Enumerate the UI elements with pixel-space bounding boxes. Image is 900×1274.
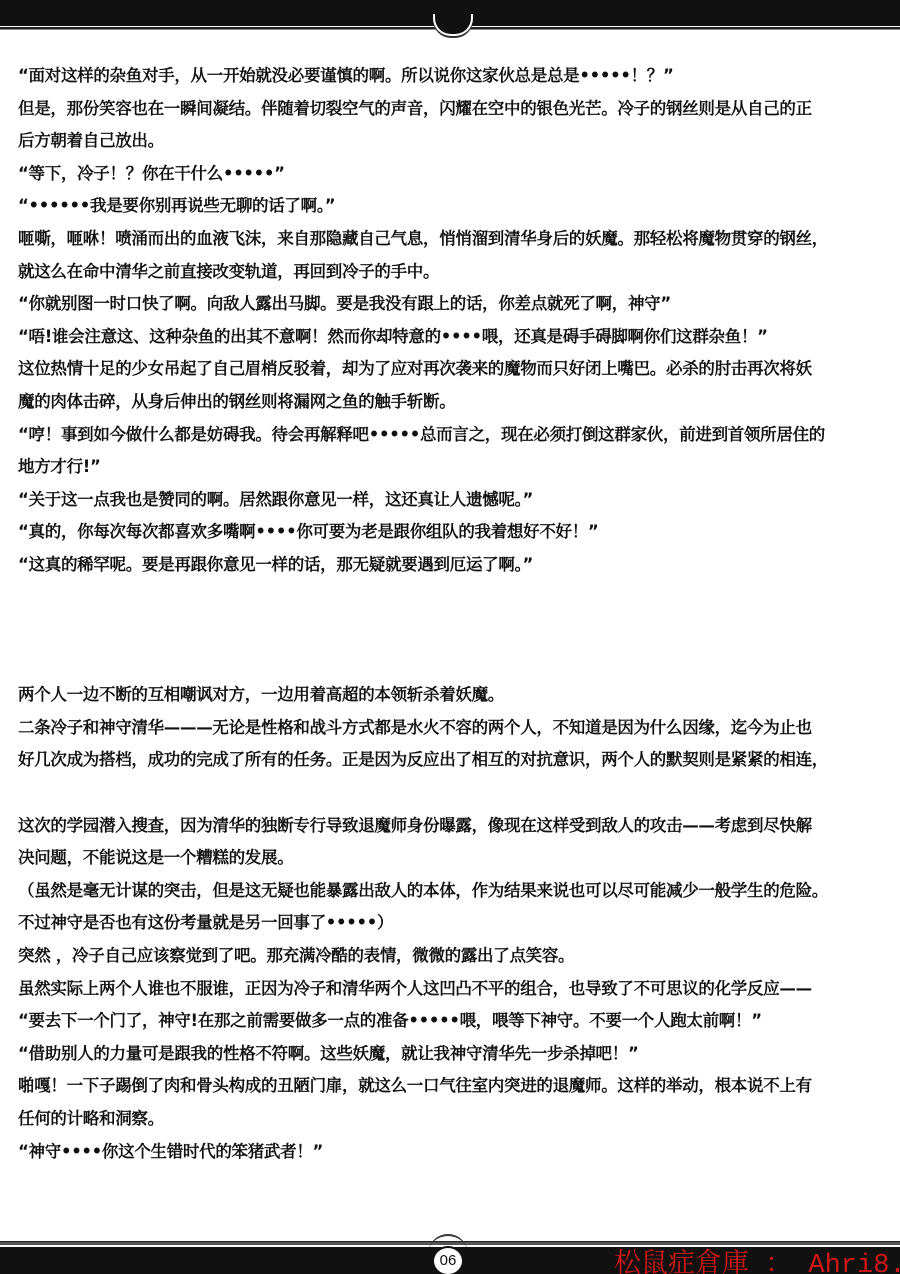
text-line: 魔的肉体击碎，从身后伸出的钢丝则将漏网之鱼的触手斩断。 <box>18 386 890 419</box>
section-gap <box>18 582 890 615</box>
text-line: 两个人一边不断的互相嘲讽对方，一边用着高超的本领斩杀着妖魔。 <box>18 679 890 712</box>
header-notch-ornament <box>433 14 473 36</box>
text-line: 啪嘎！一下子踢倒了肉和骨头构成的丑陋门扉，就这么一口气往室内突进的退魔师。这样的… <box>18 1070 890 1103</box>
text-line: 但是，那份笑容也在一瞬间凝结。伴随着切裂空气的声音，闪耀在空中的银色光芒。冷子的… <box>18 93 890 126</box>
text-line: 虽然实际上两个人谁也不服谁，正因为冷子和清华两个人这凹凸不平的组合，也导致了不可… <box>18 973 890 1006</box>
text-line: “真的，你每次每次都喜欢多嘴啊••••你可要为老是跟你组队的我着想好不好！” <box>18 516 890 549</box>
page-number: 06 <box>432 1246 464 1274</box>
text-line: 不过神守是否也有这份考量就是另一回事了•••••） <box>18 907 890 940</box>
text-line: 咂嘶，咂咻！喷涌而出的血液飞沫，来自那隐藏自己气息，悄悄溜到清华身后的妖魔。那轻… <box>18 223 890 256</box>
text-line: “借助别人的力量可是跟我的性格不符啊。这些妖魔，就让我神守清华先一步杀掉吧！” <box>18 1038 890 1071</box>
section-gap <box>18 777 890 810</box>
text-line: “面对这样的杂鱼对手，从一开始就没必要谨慎的啊。所以说你这家伙总是总是•••••… <box>18 60 890 93</box>
text-line: 二条冷子和神守清华———无论是性格和战斗方式都是水火不容的两个人，不知道是因为什… <box>18 712 890 745</box>
text-line: 任何的计略和洞察。 <box>18 1103 890 1136</box>
watermark-text: 松鼠症倉庫 ： Ahri8.com <box>614 1241 900 1274</box>
text-line: “这真的稀罕呢。要是再跟你意见一样的话，那无疑就要遇到厄运了啊。” <box>18 549 890 582</box>
text-line: 好几次成为搭档，成功的完成了所有的任务。正是因为反应出了相互的对抗意识，两个人的… <box>18 744 890 777</box>
text-line: “哼！事到如今做什么都是妨碍我。待会再解释吧•••••总而言之，现在必须打倒这群… <box>18 419 890 452</box>
text-line: 后方朝着自己放出。 <box>18 125 890 158</box>
text-line: “••••••我是要你别再说些无聊的话了啊。” <box>18 190 890 223</box>
text-line: （虽然是毫无计谋的突击，但是这无疑也能暴露出敌人的本体，作为结果来说也可以尽可能… <box>18 875 890 908</box>
text-line: “要去下一个门了，神守!在那之前需要做多一点的准备•••••喂，喂等下神守。不要… <box>18 1005 890 1038</box>
text-line: 这位热情十足的少女吊起了自己眉梢反驳着，却为了应对再次袭来的魔物而只好闭上嘴巴。… <box>18 353 890 386</box>
text-line: “你就别图一时口快了啊。向敌人露出马脚。要是我没有跟上的话，你差点就死了啊，神守… <box>18 288 890 321</box>
text-line: “关于这一点我也是赞同的啊。居然跟你意见一样，这还真让人遗憾呢。” <box>18 484 890 517</box>
text-line: 决问题，不能说这是一个糟糕的发展。 <box>18 842 890 875</box>
text-line: 就这么在命中清华之前直接改变轨道，再回到冷子的手中。 <box>18 256 890 289</box>
text-line: “等下，冷子！？你在干什么•••••” <box>18 158 890 191</box>
text-line: “神守••••你这个生错时代的笨猪武者！” <box>18 1136 890 1169</box>
section-gap <box>18 614 890 647</box>
text-line: “唔!谁会注意这、这种杂鱼的出其不意啊！然而你却特意的••••喂，还真是碍手碍脚… <box>18 321 890 354</box>
section-gap <box>18 647 890 680</box>
text-line: 突然 ，冷子自己应该察觉到了吧。那充满冷酷的表情，微微的露出了点笑容。 <box>18 940 890 973</box>
text-line: 地方才行!” <box>18 451 890 484</box>
text-line: 这次的学园潜入搜查，因为清华的独断专行导致退魔师身份曝露，像现在这样受到敌人的攻… <box>18 810 890 843</box>
page-body: “面对这样的杂鱼对手，从一开始就没必要谨慎的啊。所以说你这家伙总是总是•••••… <box>18 60 890 1168</box>
